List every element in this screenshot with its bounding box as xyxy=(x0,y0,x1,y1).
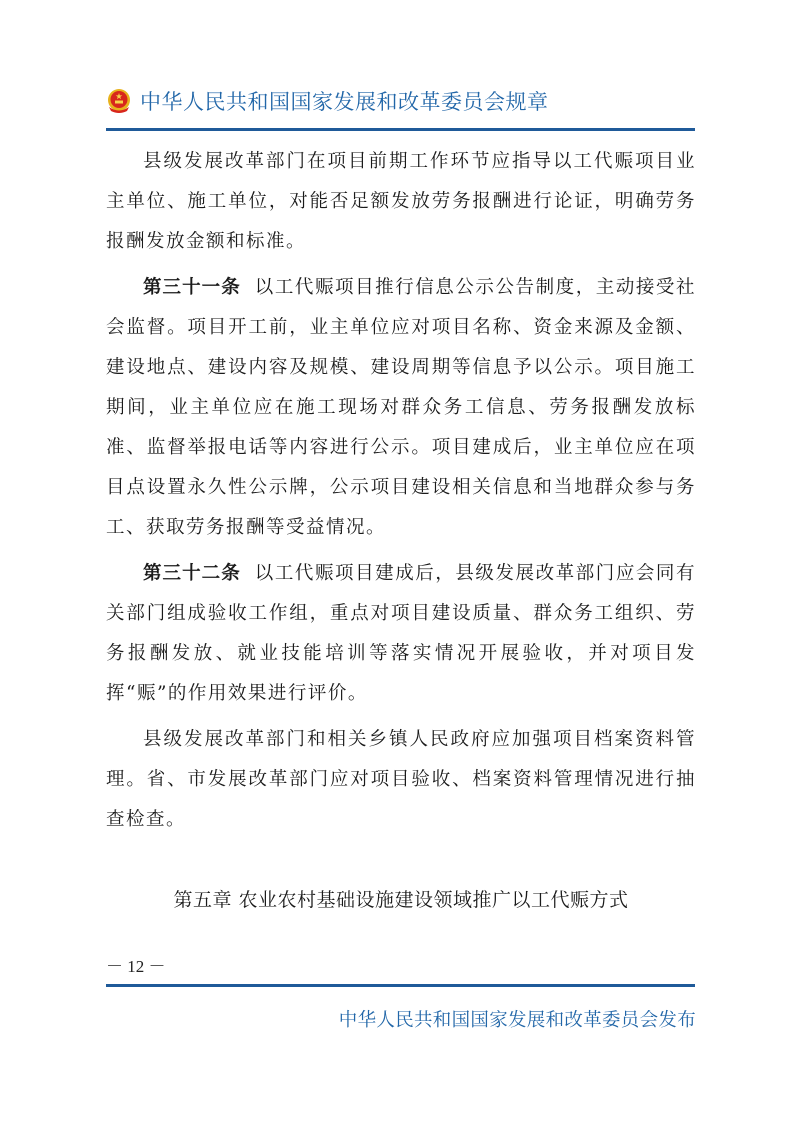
paragraph-text: 以工代赈项目推行信息公示公告制度，主动接受社会监督。项目开工前，业主单位应对项目… xyxy=(106,277,696,538)
footer-divider xyxy=(106,984,695,987)
article-number: 第三十一条 xyxy=(143,277,241,298)
chapter-heading: 第五章 农业农村基础设施建设领域推广以工代赈方式 xyxy=(106,885,696,912)
article-number: 第三十二条 xyxy=(143,563,241,584)
header-title: 中华人民共和国国家发展和改革委员会规章 xyxy=(140,86,549,116)
national-emblem-icon xyxy=(106,88,132,114)
paragraph-text: 县级发展改革部门和相关乡镇人民政府应加强项目档案资料管理。省、市发展改革部门应对… xyxy=(106,729,696,830)
paragraph: 县级发展改革部门在项目前期工作环节应指导以工代赈项目业主单位、施工单位，对能否足… xyxy=(106,142,696,262)
paragraph: 县级发展改革部门和相关乡镇人民政府应加强项目档案资料管理。省、市发展改革部门应对… xyxy=(106,720,696,840)
paragraph-text: 县级发展改革部门在项目前期工作环节应指导以工代赈项目业主单位、施工单位，对能否足… xyxy=(106,151,696,252)
paragraph-text: 以工代赈项目建成后，县级发展改革部门应会同有关部门组成验收工作组，重点对项目建设… xyxy=(106,563,696,704)
article-32: 第三十二条以工代赈项目建成后，县级发展改革部门应会同有关部门组成验收工作组，重点… xyxy=(106,554,696,714)
header-divider xyxy=(106,128,695,131)
document-body: 县级发展改革部门在项目前期工作环节应指导以工代赈项目业主单位、施工单位，对能否足… xyxy=(106,142,696,840)
page-header: 中华人民共和国国家发展和改革委员会规章 xyxy=(106,86,549,116)
page-number: － 12 － xyxy=(106,952,166,977)
article-31: 第三十一条以工代赈项目推行信息公示公告制度，主动接受社会监督。项目开工前，业主单… xyxy=(106,268,696,548)
footer-publisher: 中华人民共和国国家发展和改革委员会发布 xyxy=(339,1006,696,1032)
